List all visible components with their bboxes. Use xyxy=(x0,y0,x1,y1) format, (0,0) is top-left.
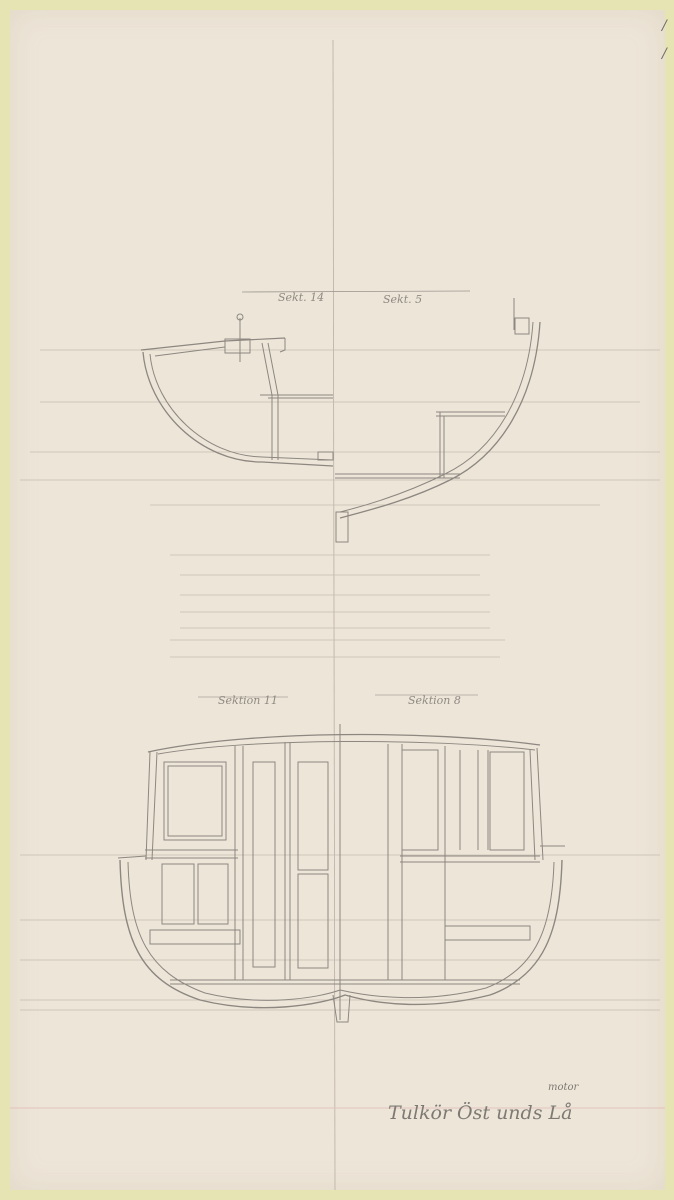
handwritten-superscript: motor xyxy=(548,1082,578,1093)
technical-drawing xyxy=(0,0,674,1200)
upper-left-hull xyxy=(141,314,333,466)
handwritten-annotation: Tulkör Öst unds Lå xyxy=(388,1102,572,1124)
corner-mark-top: / xyxy=(662,18,667,34)
corner-mark-second: / xyxy=(662,46,667,62)
upper-left-section-label: Sekt. 14 xyxy=(278,291,324,304)
lower-cabin-section xyxy=(118,724,565,1022)
lower-right-section-label: Sektion 8 xyxy=(408,694,461,707)
drawing-sheet: Sekt. 14 Sekt. 5 Sektion 11 Sektion 8 Tu… xyxy=(10,10,665,1190)
upper-right-section-label: Sekt. 5 xyxy=(383,293,422,306)
lower-left-section-label: Sektion 11 xyxy=(218,694,278,707)
